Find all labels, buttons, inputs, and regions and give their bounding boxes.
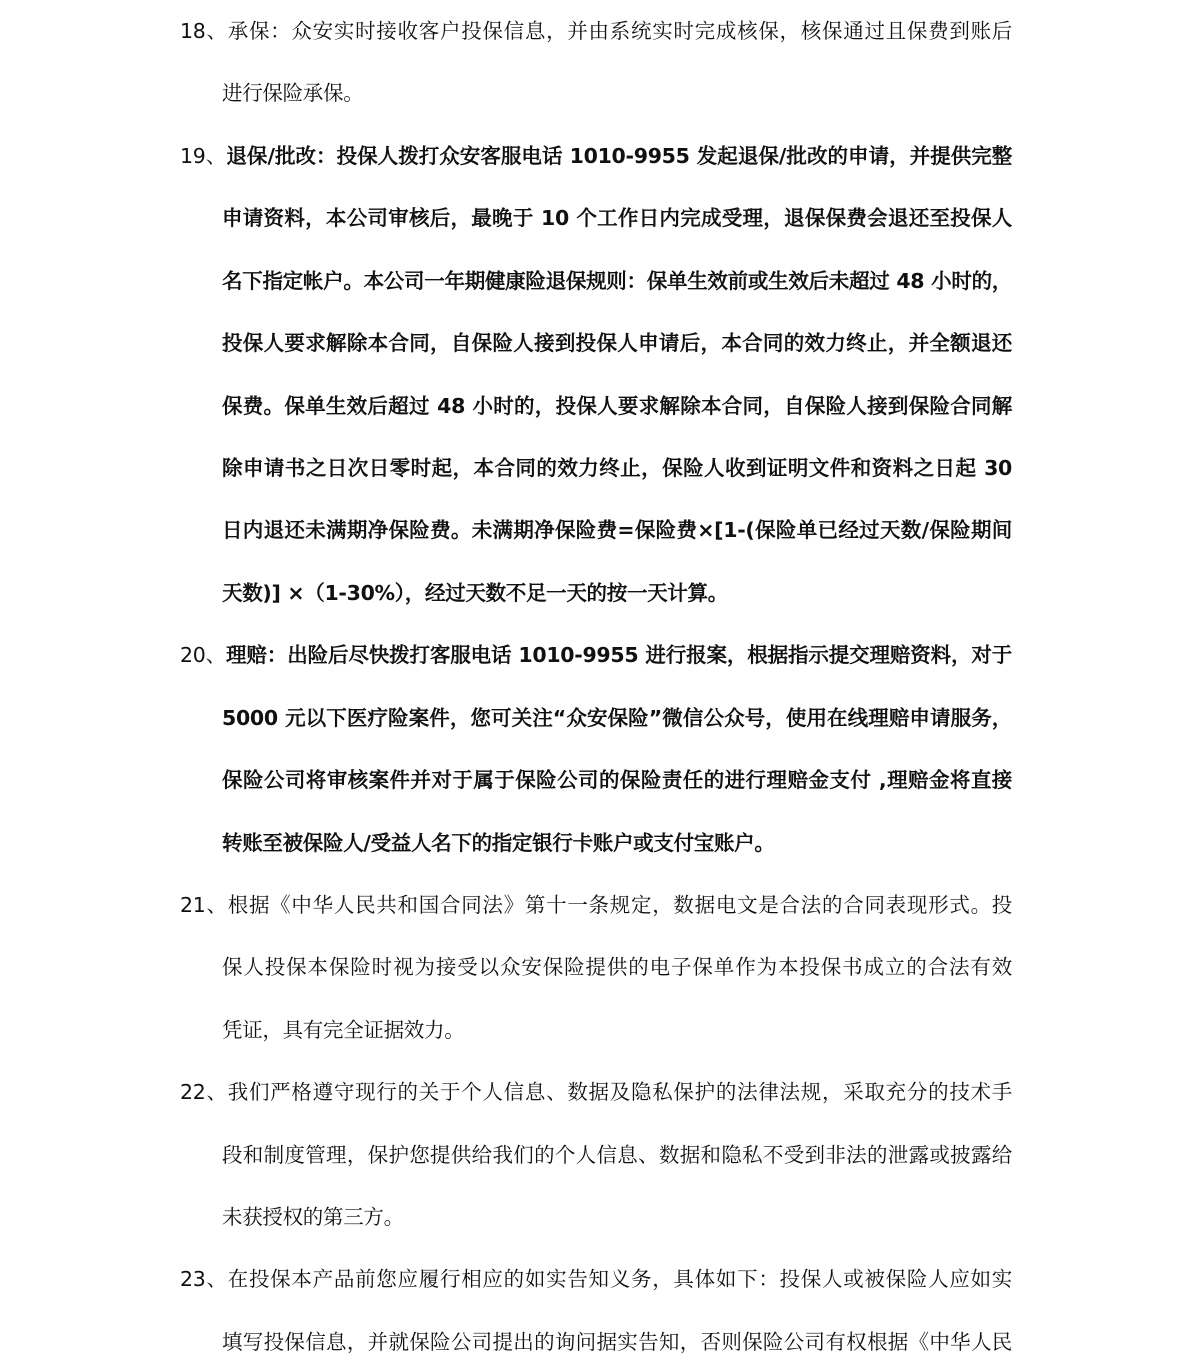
- clause-21-line-2: 保人投保本保险时视为接受以众安保险提供的电子保单作为本投保书成立的合法有效: [222, 952, 1012, 982]
- clause-number: 23、: [180, 1267, 228, 1291]
- clause-19-line-7: 日内退还未满期净保险费。未满期净保险费=保险费×[1-(保险单已经过天数/保险期…: [222, 515, 1012, 545]
- clause-19-line-2: 申请资料，本公司审核后，最晚于 10 个工作日内完成受理，退保保费会退还至投保人: [222, 203, 1012, 233]
- clause-20-line-2: 5000 元以下医疗险案件，您可关注“众安保险”微信公众号，使用在线理赔申请服务…: [222, 703, 1012, 733]
- clause-21-line-1: 21、根据《中华人民共和国合同法》第十一条规定，数据电文是合法的合同表现形式。投: [180, 890, 1012, 920]
- clause-20-line-4: 转账至被保险人/受益人名下的指定银行卡账户或支付宝账户。: [222, 828, 1012, 858]
- clause-20-line-3: 保险公司将审核案件并对于属于保险公司的保险责任的进行理赔金支付 ,理赔金将直接: [222, 765, 1012, 795]
- clause-19-line-8: 天数)] ×（1-30%），经过天数不足一天的按一天计算。: [222, 578, 1012, 608]
- clause-number: 20、: [180, 643, 226, 667]
- clause-text: 在投保本产品前您应履行相应的如实告知义务，具体如下：投保人或被保险人应如实: [228, 1267, 1012, 1291]
- clause-20-line-1: 20、理赔：出险后尽快拨打客服电话 1010-9955 进行报案，根据指示提交理…: [180, 640, 1012, 670]
- clause-19-line-4: 投保人要求解除本合同，自保险人接到投保人申请后，本合同的效力终止，并全额退还: [222, 328, 1012, 358]
- clause-text: 退保/批改：投保人拨打众安客服电话 1010-9955 发起退保/批改的申请，并…: [226, 144, 1012, 168]
- clause-22-line-3: 未获授权的第三方。: [222, 1202, 1012, 1232]
- clause-19-line-3: 名下指定帐户。本公司一年期健康险退保规则：保单生效前或生效后未超过 48 小时的…: [222, 266, 1012, 296]
- clause-text: 我们严格遵守现行的关于个人信息、数据及隐私保护的法律法规，采取充分的技术手: [228, 1080, 1012, 1104]
- clause-23-line-1: 23、在投保本产品前您应履行相应的如实告知义务，具体如下：投保人或被保险人应如实: [180, 1264, 1012, 1294]
- clause-number: 21、: [180, 893, 228, 917]
- clause-19-line-1: 19、退保/批改：投保人拨打众安客服电话 1010-9955 发起退保/批改的申…: [180, 141, 1012, 171]
- clause-22-line-2: 段和制度管理，保护您提供给我们的个人信息、数据和隐私不受到非法的泄露或披露给: [222, 1140, 1012, 1170]
- clause-number: 19、: [180, 144, 226, 168]
- clause-number: 22、: [180, 1080, 228, 1104]
- clause-21-line-3: 凭证，具有完全证据效力。: [222, 1015, 1012, 1045]
- document-page: 18、承保：众安实时接收客户投保信息，并由系统实时完成核保，核保通过且保费到账后…: [0, 0, 1190, 1372]
- clause-text: 根据《中华人民共和国合同法》第十一条规定，数据电文是合法的合同表现形式。投: [228, 893, 1012, 917]
- clause-number: 18、: [180, 19, 228, 43]
- clause-text: 承保：众安实时接收客户投保信息，并由系统实时完成核保，核保通过且保费到账后: [228, 19, 1012, 43]
- clause-19-line-6: 除申请书之日次日零时起，本合同的效力终止，保险人收到证明文件和资料之日起 30: [222, 453, 1012, 483]
- clause-22-line-1: 22、我们严格遵守现行的关于个人信息、数据及隐私保护的法律法规，采取充分的技术手: [180, 1077, 1012, 1107]
- clause-23-line-2: 填写投保信息，并就保险公司提出的询问据实告知，否则保险公司有权根据《中华人民: [222, 1327, 1012, 1357]
- clause-18-line-1: 18、承保：众安实时接收客户投保信息，并由系统实时完成核保，核保通过且保费到账后: [180, 16, 1012, 46]
- clause-18-line-2: 进行保险承保。: [222, 78, 1012, 108]
- clause-19-line-5: 保费。保单生效后超过 48 小时的，投保人要求解除本合同，自保险人接到保险合同解: [222, 391, 1012, 421]
- clause-text: 理赔：出险后尽快拨打客服电话 1010-9955 进行报案，根据指示提交理赔资料…: [226, 643, 1012, 667]
